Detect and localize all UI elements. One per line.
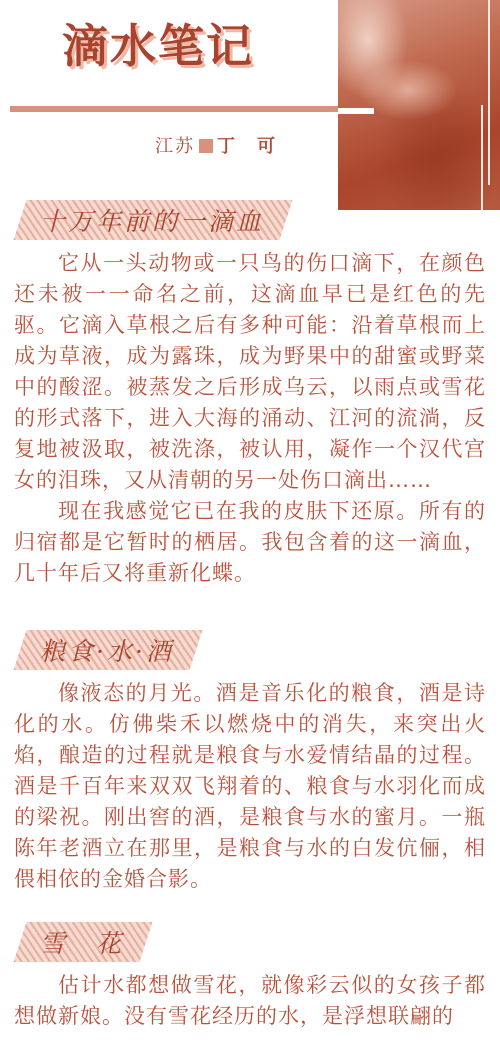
paragraph: 估计水都想做雪花，就像彩云似的女孩子都想做新娘。没有雪花经历的水，是浮想联翩的 <box>0 970 500 1032</box>
section-heading: 雪 花 <box>14 922 153 962</box>
paragraph: 它从一头动物或一只鸟的伤口滴下，在颜色还未被一一命名之前，这滴血早已是红色的先驱… <box>0 248 500 496</box>
byline: 江苏丁 可 <box>155 132 277 158</box>
rule-gap <box>338 108 374 114</box>
section-heading: 粮食·水·酒 <box>14 630 203 670</box>
section-blood: 十万年前的一滴血 它从一头动物或一只鸟的伤口滴下，在颜色还未被一一命名之前，这滴… <box>0 200 500 589</box>
square-bullet-icon <box>199 139 213 153</box>
header-photo <box>338 0 500 210</box>
paragraph: 像液态的月光。酒是音乐化的粮食，酒是诗化的水。仿佛柴禾以燃烧中的消失，来突出火焰… <box>0 678 500 895</box>
section-grain-water-wine: 粮食·水·酒 像液态的月光。酒是音乐化的粮食，酒是诗化的水。仿佛柴禾以燃烧中的消… <box>0 630 500 895</box>
photo-line <box>481 105 483 210</box>
section-heading: 十万年前的一滴血 <box>14 200 293 240</box>
article-title: 滴水笔记 <box>62 10 254 76</box>
paragraph: 现在我感觉它已在我的皮肤下还原。所有的归宿都是它暂时的栖居。我包含着的这一滴血，… <box>0 496 500 589</box>
section-snowflake: 雪 花 估计水都想做雪花，就像彩云似的女孩子都想做新娘。没有雪花经历的水，是浮想… <box>0 922 500 1032</box>
byline-author: 丁 可 <box>217 136 277 157</box>
photo-line <box>488 0 490 185</box>
byline-region: 江苏 <box>155 136 195 157</box>
title-rule <box>10 106 338 112</box>
